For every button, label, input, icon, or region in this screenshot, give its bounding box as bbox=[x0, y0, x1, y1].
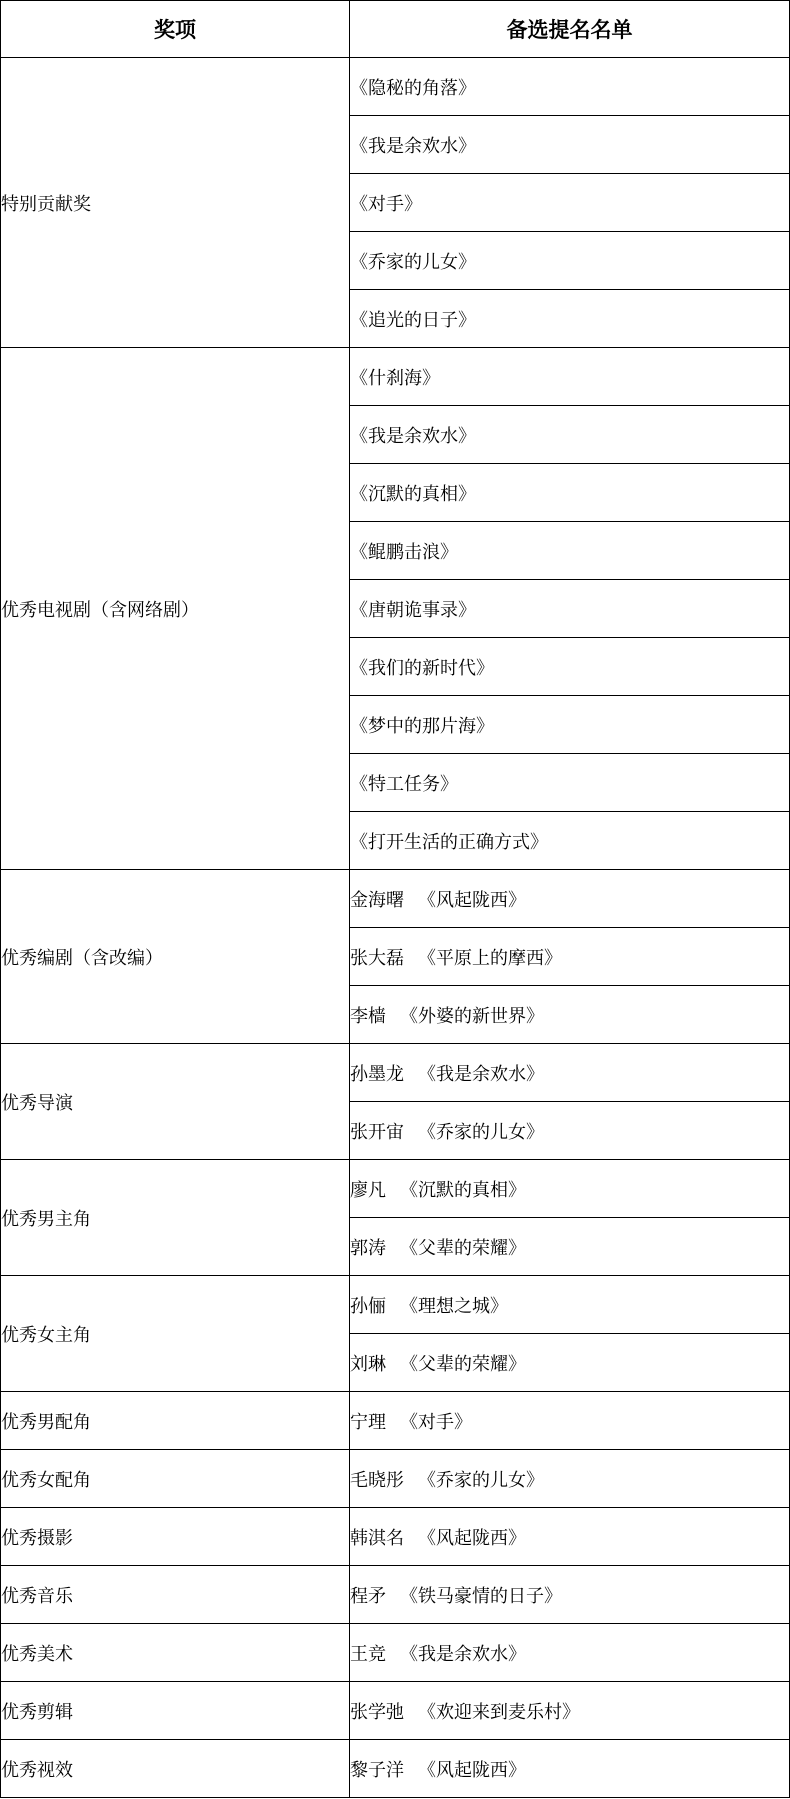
nominee-cell: 韩淇名《风起陇西》 bbox=[350, 1508, 790, 1566]
nominee-work: 《我是余欢水》 bbox=[350, 426, 476, 447]
award-name: 优秀女主角 bbox=[1, 1276, 350, 1392]
nominee-cell: 《对手》 bbox=[350, 174, 790, 232]
nominee-work: 《对手》 bbox=[400, 1412, 472, 1433]
award-name: 优秀剪辑 bbox=[1, 1682, 350, 1740]
nominee-person: 张大磊 bbox=[350, 944, 404, 970]
award-name: 特别贡献奖 bbox=[1, 58, 350, 348]
nominee-work: 《鲲鹏击浪》 bbox=[350, 542, 458, 563]
nominee-person: 张开宙 bbox=[350, 1118, 404, 1144]
nominee-work: 《欢迎来到麦乐村》 bbox=[418, 1702, 580, 1723]
nominee-work: 《什刹海》 bbox=[350, 368, 440, 389]
nominee-cell: 黎子洋《风起陇西》 bbox=[350, 1740, 790, 1798]
nominee-cell: 张学弛《欢迎来到麦乐村》 bbox=[350, 1682, 790, 1740]
nominee-work: 《风起陇西》 bbox=[418, 1760, 526, 1781]
nominee-person: 刘琳 bbox=[350, 1350, 386, 1376]
award-name: 优秀视效 bbox=[1, 1740, 350, 1798]
nominee-cell: 《我们的新时代》 bbox=[350, 638, 790, 696]
nominee-person: 孙俪 bbox=[350, 1292, 386, 1318]
table-row: 优秀导演孙墨龙《我是余欢水》 bbox=[1, 1044, 790, 1102]
nomination-table: 奖项 备选提名名单 特别贡献奖《隐秘的角落》《我是余欢水》《对手》《乔家的儿女》… bbox=[0, 0, 790, 1798]
nominee-work: 《乔家的儿女》 bbox=[418, 1122, 544, 1143]
nominee-person: 毛晓彤 bbox=[350, 1466, 404, 1492]
table-row: 优秀视效黎子洋《风起陇西》 bbox=[1, 1740, 790, 1798]
award-name: 优秀美术 bbox=[1, 1624, 350, 1682]
nominee-work: 《铁马豪情的日子》 bbox=[400, 1586, 562, 1607]
nominee-cell: 《隐秘的角落》 bbox=[350, 58, 790, 116]
nominee-work: 《外婆的新世界》 bbox=[400, 1006, 544, 1027]
nominee-work: 《父辈的荣耀》 bbox=[400, 1238, 526, 1259]
nominee-work: 《平原上的摩西》 bbox=[418, 948, 562, 969]
table-row: 优秀女配角毛晓彤《乔家的儿女》 bbox=[1, 1450, 790, 1508]
header-nominees: 备选提名名单 bbox=[350, 1, 790, 58]
table-row: 优秀男配角宁理《对手》 bbox=[1, 1392, 790, 1450]
nominee-cell: 毛晓彤《乔家的儿女》 bbox=[350, 1450, 790, 1508]
table-row: 特别贡献奖《隐秘的角落》 bbox=[1, 58, 790, 116]
nominee-person: 宁理 bbox=[350, 1408, 386, 1434]
table-row: 优秀音乐程矛《铁马豪情的日子》 bbox=[1, 1566, 790, 1624]
nominee-work: 《沉默的真相》 bbox=[400, 1180, 526, 1201]
award-name: 优秀音乐 bbox=[1, 1566, 350, 1624]
nominee-person: 金海曙 bbox=[350, 886, 404, 912]
award-name: 优秀编剧（含改编） bbox=[1, 870, 350, 1044]
nominee-cell: 刘琳《父辈的荣耀》 bbox=[350, 1334, 790, 1392]
nominee-work: 《父辈的荣耀》 bbox=[400, 1354, 526, 1375]
nominee-person: 郭涛 bbox=[350, 1234, 386, 1260]
nominee-cell: 李樯《外婆的新世界》 bbox=[350, 986, 790, 1044]
nominee-person: 廖凡 bbox=[350, 1176, 386, 1202]
table-row: 优秀女主角孙俪《理想之城》 bbox=[1, 1276, 790, 1334]
nominee-cell: 张大磊《平原上的摩西》 bbox=[350, 928, 790, 986]
award-name: 优秀摄影 bbox=[1, 1508, 350, 1566]
nominee-person: 黎子洋 bbox=[350, 1756, 404, 1782]
award-name: 优秀男主角 bbox=[1, 1160, 350, 1276]
nominee-work: 《风起陇西》 bbox=[418, 890, 526, 911]
nominee-cell: 张开宙《乔家的儿女》 bbox=[350, 1102, 790, 1160]
nominee-cell: 《乔家的儿女》 bbox=[350, 232, 790, 290]
nominee-cell: 孙俪《理想之城》 bbox=[350, 1276, 790, 1334]
nominee-cell: 《打开生活的正确方式》 bbox=[350, 812, 790, 870]
nominee-work: 《理想之城》 bbox=[400, 1296, 508, 1317]
nominee-person: 孙墨龙 bbox=[350, 1060, 404, 1086]
award-name: 优秀导演 bbox=[1, 1044, 350, 1160]
table-row: 优秀编剧（含改编）金海曙《风起陇西》 bbox=[1, 870, 790, 928]
nominee-work: 《我们的新时代》 bbox=[350, 658, 494, 679]
table-row: 优秀美术王竞《我是余欢水》 bbox=[1, 1624, 790, 1682]
nominee-work: 《特工任务》 bbox=[350, 774, 458, 795]
nominee-work: 《我是余欢水》 bbox=[400, 1644, 526, 1665]
nominee-work: 《我是余欢水》 bbox=[350, 136, 476, 157]
nominee-cell: 宁理《对手》 bbox=[350, 1392, 790, 1450]
nominee-work: 《打开生活的正确方式》 bbox=[350, 832, 548, 853]
nominee-person: 程矛 bbox=[350, 1582, 386, 1608]
nominee-cell: 郭涛《父辈的荣耀》 bbox=[350, 1218, 790, 1276]
nominee-cell: 金海曙《风起陇西》 bbox=[350, 870, 790, 928]
nominee-cell: 《我是余欢水》 bbox=[350, 116, 790, 174]
nominee-work: 《乔家的儿女》 bbox=[350, 252, 476, 273]
table-body: 特别贡献奖《隐秘的角落》《我是余欢水》《对手》《乔家的儿女》《追光的日子》优秀电… bbox=[1, 58, 790, 1798]
nominee-work: 《我是余欢水》 bbox=[418, 1064, 544, 1085]
nominee-work: 《对手》 bbox=[350, 194, 422, 215]
nominee-cell: 《鲲鹏击浪》 bbox=[350, 522, 790, 580]
nominee-person: 张学弛 bbox=[350, 1698, 404, 1724]
nominee-work: 《唐朝诡事录》 bbox=[350, 600, 476, 621]
nominee-cell: 王竞《我是余欢水》 bbox=[350, 1624, 790, 1682]
nominee-cell: 《追光的日子》 bbox=[350, 290, 790, 348]
nominee-person: 韩淇名 bbox=[350, 1524, 404, 1550]
nominee-work: 《乔家的儿女》 bbox=[418, 1470, 544, 1491]
award-name: 优秀女配角 bbox=[1, 1450, 350, 1508]
nominee-cell: 廖凡《沉默的真相》 bbox=[350, 1160, 790, 1218]
header-row: 奖项 备选提名名单 bbox=[1, 1, 790, 58]
header-award: 奖项 bbox=[1, 1, 350, 58]
nominee-cell: 程矛《铁马豪情的日子》 bbox=[350, 1566, 790, 1624]
nominee-person: 王竞 bbox=[350, 1640, 386, 1666]
nominee-cell: 《梦中的那片海》 bbox=[350, 696, 790, 754]
nominee-cell: 《特工任务》 bbox=[350, 754, 790, 812]
nominee-cell: 《我是余欢水》 bbox=[350, 406, 790, 464]
nominee-person: 李樯 bbox=[350, 1002, 386, 1028]
award-name: 优秀男配角 bbox=[1, 1392, 350, 1450]
nominee-work: 《隐秘的角落》 bbox=[350, 78, 476, 99]
table-row: 优秀电视剧（含网络剧）《什刹海》 bbox=[1, 348, 790, 406]
nominee-cell: 《沉默的真相》 bbox=[350, 464, 790, 522]
nominee-cell: 孙墨龙《我是余欢水》 bbox=[350, 1044, 790, 1102]
table-row: 优秀男主角廖凡《沉默的真相》 bbox=[1, 1160, 790, 1218]
nominee-work: 《追光的日子》 bbox=[350, 310, 476, 331]
table-row: 优秀摄影韩淇名《风起陇西》 bbox=[1, 1508, 790, 1566]
nominee-work: 《梦中的那片海》 bbox=[350, 716, 494, 737]
nominee-work: 《沉默的真相》 bbox=[350, 484, 476, 505]
nominee-cell: 《唐朝诡事录》 bbox=[350, 580, 790, 638]
award-name: 优秀电视剧（含网络剧） bbox=[1, 348, 350, 870]
nominee-cell: 《什刹海》 bbox=[350, 348, 790, 406]
table-row: 优秀剪辑张学弛《欢迎来到麦乐村》 bbox=[1, 1682, 790, 1740]
nominee-work: 《风起陇西》 bbox=[418, 1528, 526, 1549]
